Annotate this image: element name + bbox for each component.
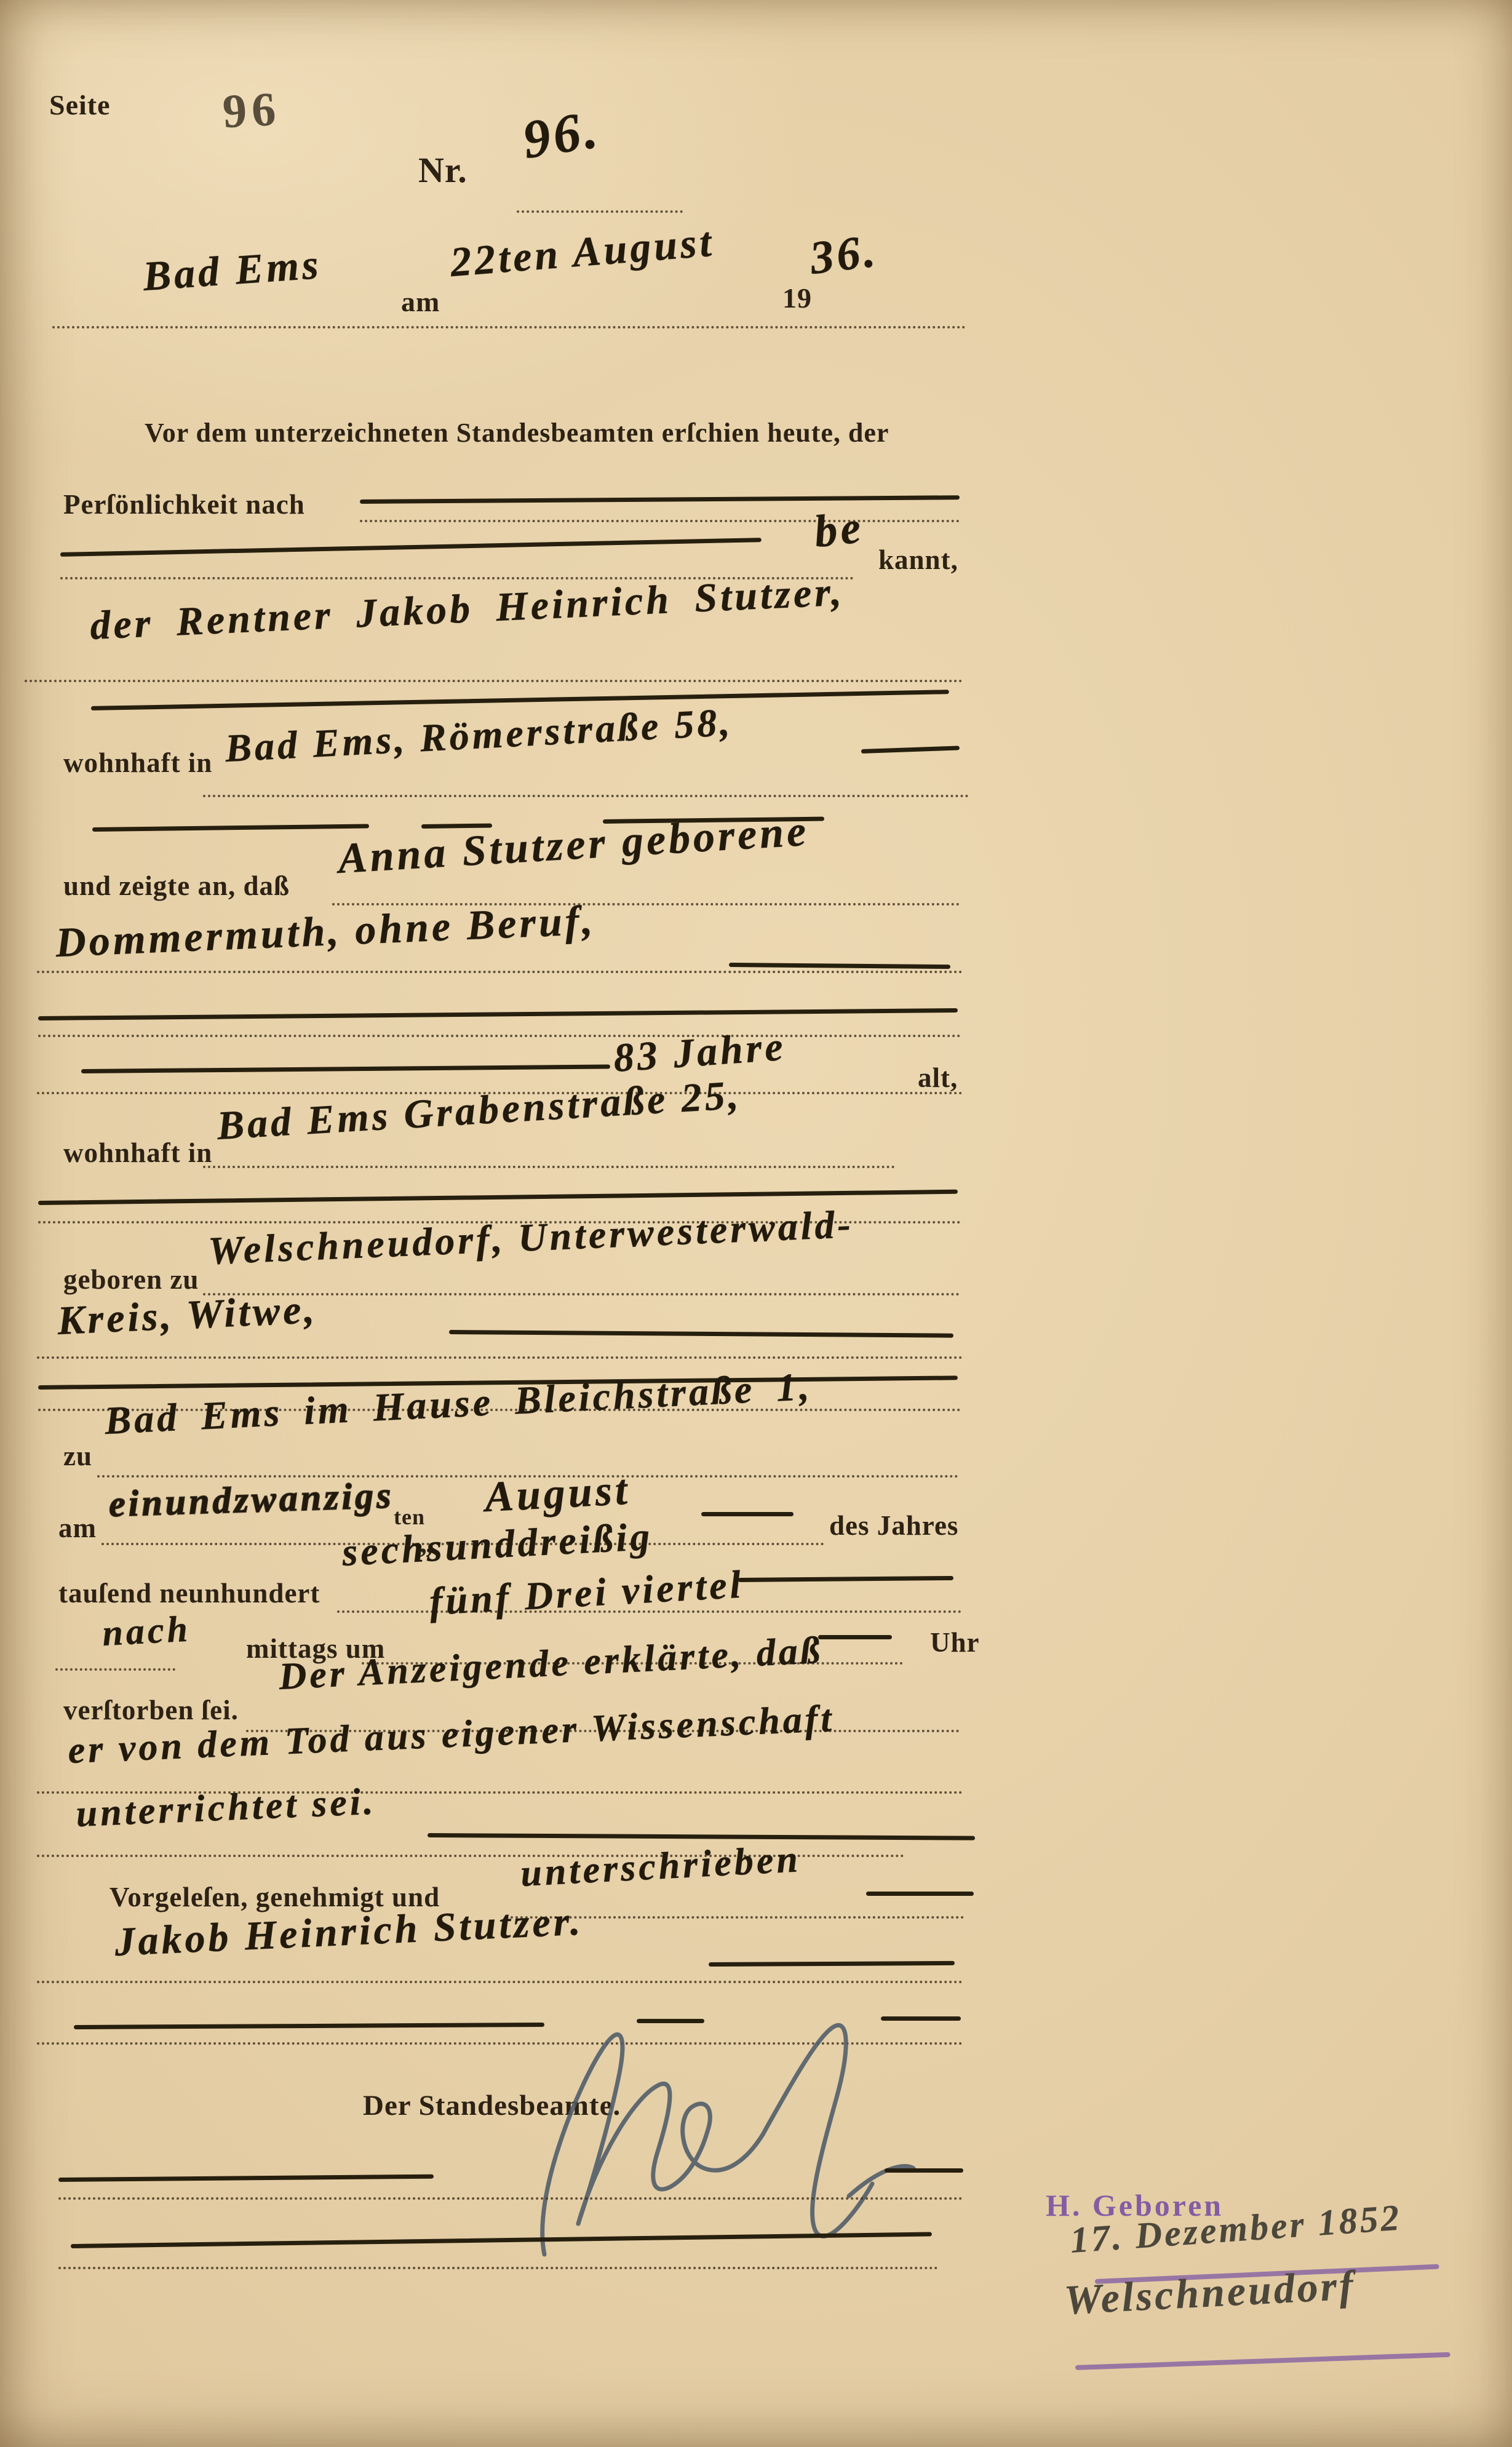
dotted-line [52, 326, 966, 328]
ink-line [449, 1330, 953, 1338]
declarant-line-handwritten: der Rentner Jakob Heinrich Stutzer, [89, 571, 845, 647]
intro-line: Vor dem unterzeichneten Standesbeamten e… [145, 420, 889, 447]
time-handwritten: fünf Drei viertel [428, 1565, 744, 1621]
entry-number-label: Nr. [418, 153, 468, 188]
known-printed: kannt, [878, 546, 958, 574]
date-preposition-label: am [401, 288, 440, 316]
dotted-line [38, 1035, 961, 1037]
residence-label: wohnhaft in [63, 749, 212, 777]
death-day-suffix-printed: ten [394, 1506, 425, 1528]
ink-dash [885, 2168, 963, 2173]
declarant-residence-handwritten: Bad Ems, Römerstraße 58, [225, 702, 734, 768]
died-label: verſtorben ſei. [63, 1697, 239, 1724]
dotted-line [37, 1356, 963, 1359]
known-handwritten: be [812, 504, 865, 555]
death-day-label: am [58, 1514, 97, 1542]
ink-dash [861, 746, 960, 754]
ink-dash [866, 1892, 974, 1896]
identity-label: Perſönlichkeit nach [63, 491, 305, 519]
ink-line [709, 1961, 955, 1967]
ink-line [738, 1576, 953, 1582]
registration-date-handwritten: 22ten August [449, 220, 716, 283]
deceased-residence-handwritten: Bad Ems Grabenstraße 25, [216, 1075, 742, 1147]
ink-line [729, 963, 950, 969]
dotted-line [37, 971, 963, 973]
birth-place-pencil: Welschneudorf [1063, 2264, 1356, 2321]
ink-line [360, 495, 960, 504]
registration-place-handwritten: Bad Ems [141, 243, 322, 297]
page-label: Seite [49, 91, 111, 119]
ink-line [81, 1064, 610, 1073]
birth-label: geboren zu [63, 1266, 199, 1294]
dotted-line [203, 795, 969, 797]
death-place-handwritten: Bad Ems im Hause Bleichstraße 1, [104, 1367, 813, 1441]
entry-number-value: 96. [519, 103, 603, 168]
daytime-handwritten: nach [101, 1610, 191, 1652]
ink-line [60, 538, 762, 557]
ink-line [38, 1008, 958, 1021]
year-prefix-printed: tauſend neunhundert [58, 1580, 320, 1607]
ink-dash [818, 1635, 892, 1639]
registrar-signature [474, 2011, 917, 2258]
deceased-name-line2: Dommermuth, ohne Beruf, [55, 899, 596, 963]
death-register-page: Seite 96 Nr. 96. Bad Ems am 22ten August… [0, 0, 1512, 2447]
dotted-line [517, 210, 683, 213]
page-number-stamp: 96 [221, 85, 282, 136]
dotted-line [55, 1668, 175, 1671]
dotted-line [37, 1981, 963, 1983]
purple-underline [1075, 2352, 1450, 2370]
age-label: alt, [918, 1064, 958, 1092]
dotted-line [360, 520, 960, 522]
residence2-label: wohnhaft in [63, 1139, 212, 1167]
ink-line [428, 1833, 975, 1840]
deceased-name-line1: Anna Stutzer geborene [337, 810, 810, 881]
ink-line [91, 690, 949, 710]
dotted-line [203, 1166, 895, 1168]
ink-line [58, 2174, 434, 2182]
age-handwritten: 83 Jahre [612, 1027, 787, 1079]
closing-handwritten: unterschrieben [520, 1840, 802, 1893]
declaration-line3: unterrichtet sei. [75, 1783, 376, 1833]
death-day-handwritten: einundzwanzigs [108, 1476, 394, 1522]
dotted-line [58, 2197, 963, 2200]
ink-line [92, 824, 369, 832]
death-year-handwritten: sechsunddreißig [341, 1517, 654, 1572]
birthplace-line1: Welschneudorf, Unterwesterwald- [207, 1204, 854, 1271]
death-month-handwritten: August [483, 1469, 631, 1519]
ink-line [38, 1190, 958, 1205]
dotted-line [25, 680, 963, 682]
of-year-label: des Jahres [829, 1512, 958, 1540]
birthplace-line2: Kreis, Witwe, [57, 1289, 318, 1342]
ink-dash [701, 1512, 794, 1516]
clock-label: Uhr [930, 1629, 980, 1657]
year-handwritten-suffix: 36. [808, 227, 880, 282]
death-place-label: zu [63, 1442, 92, 1470]
year-printed-prefix: 19 [782, 284, 812, 312]
notify-label: und zeigte an, daß [63, 872, 290, 900]
dotted-line [58, 2267, 938, 2269]
